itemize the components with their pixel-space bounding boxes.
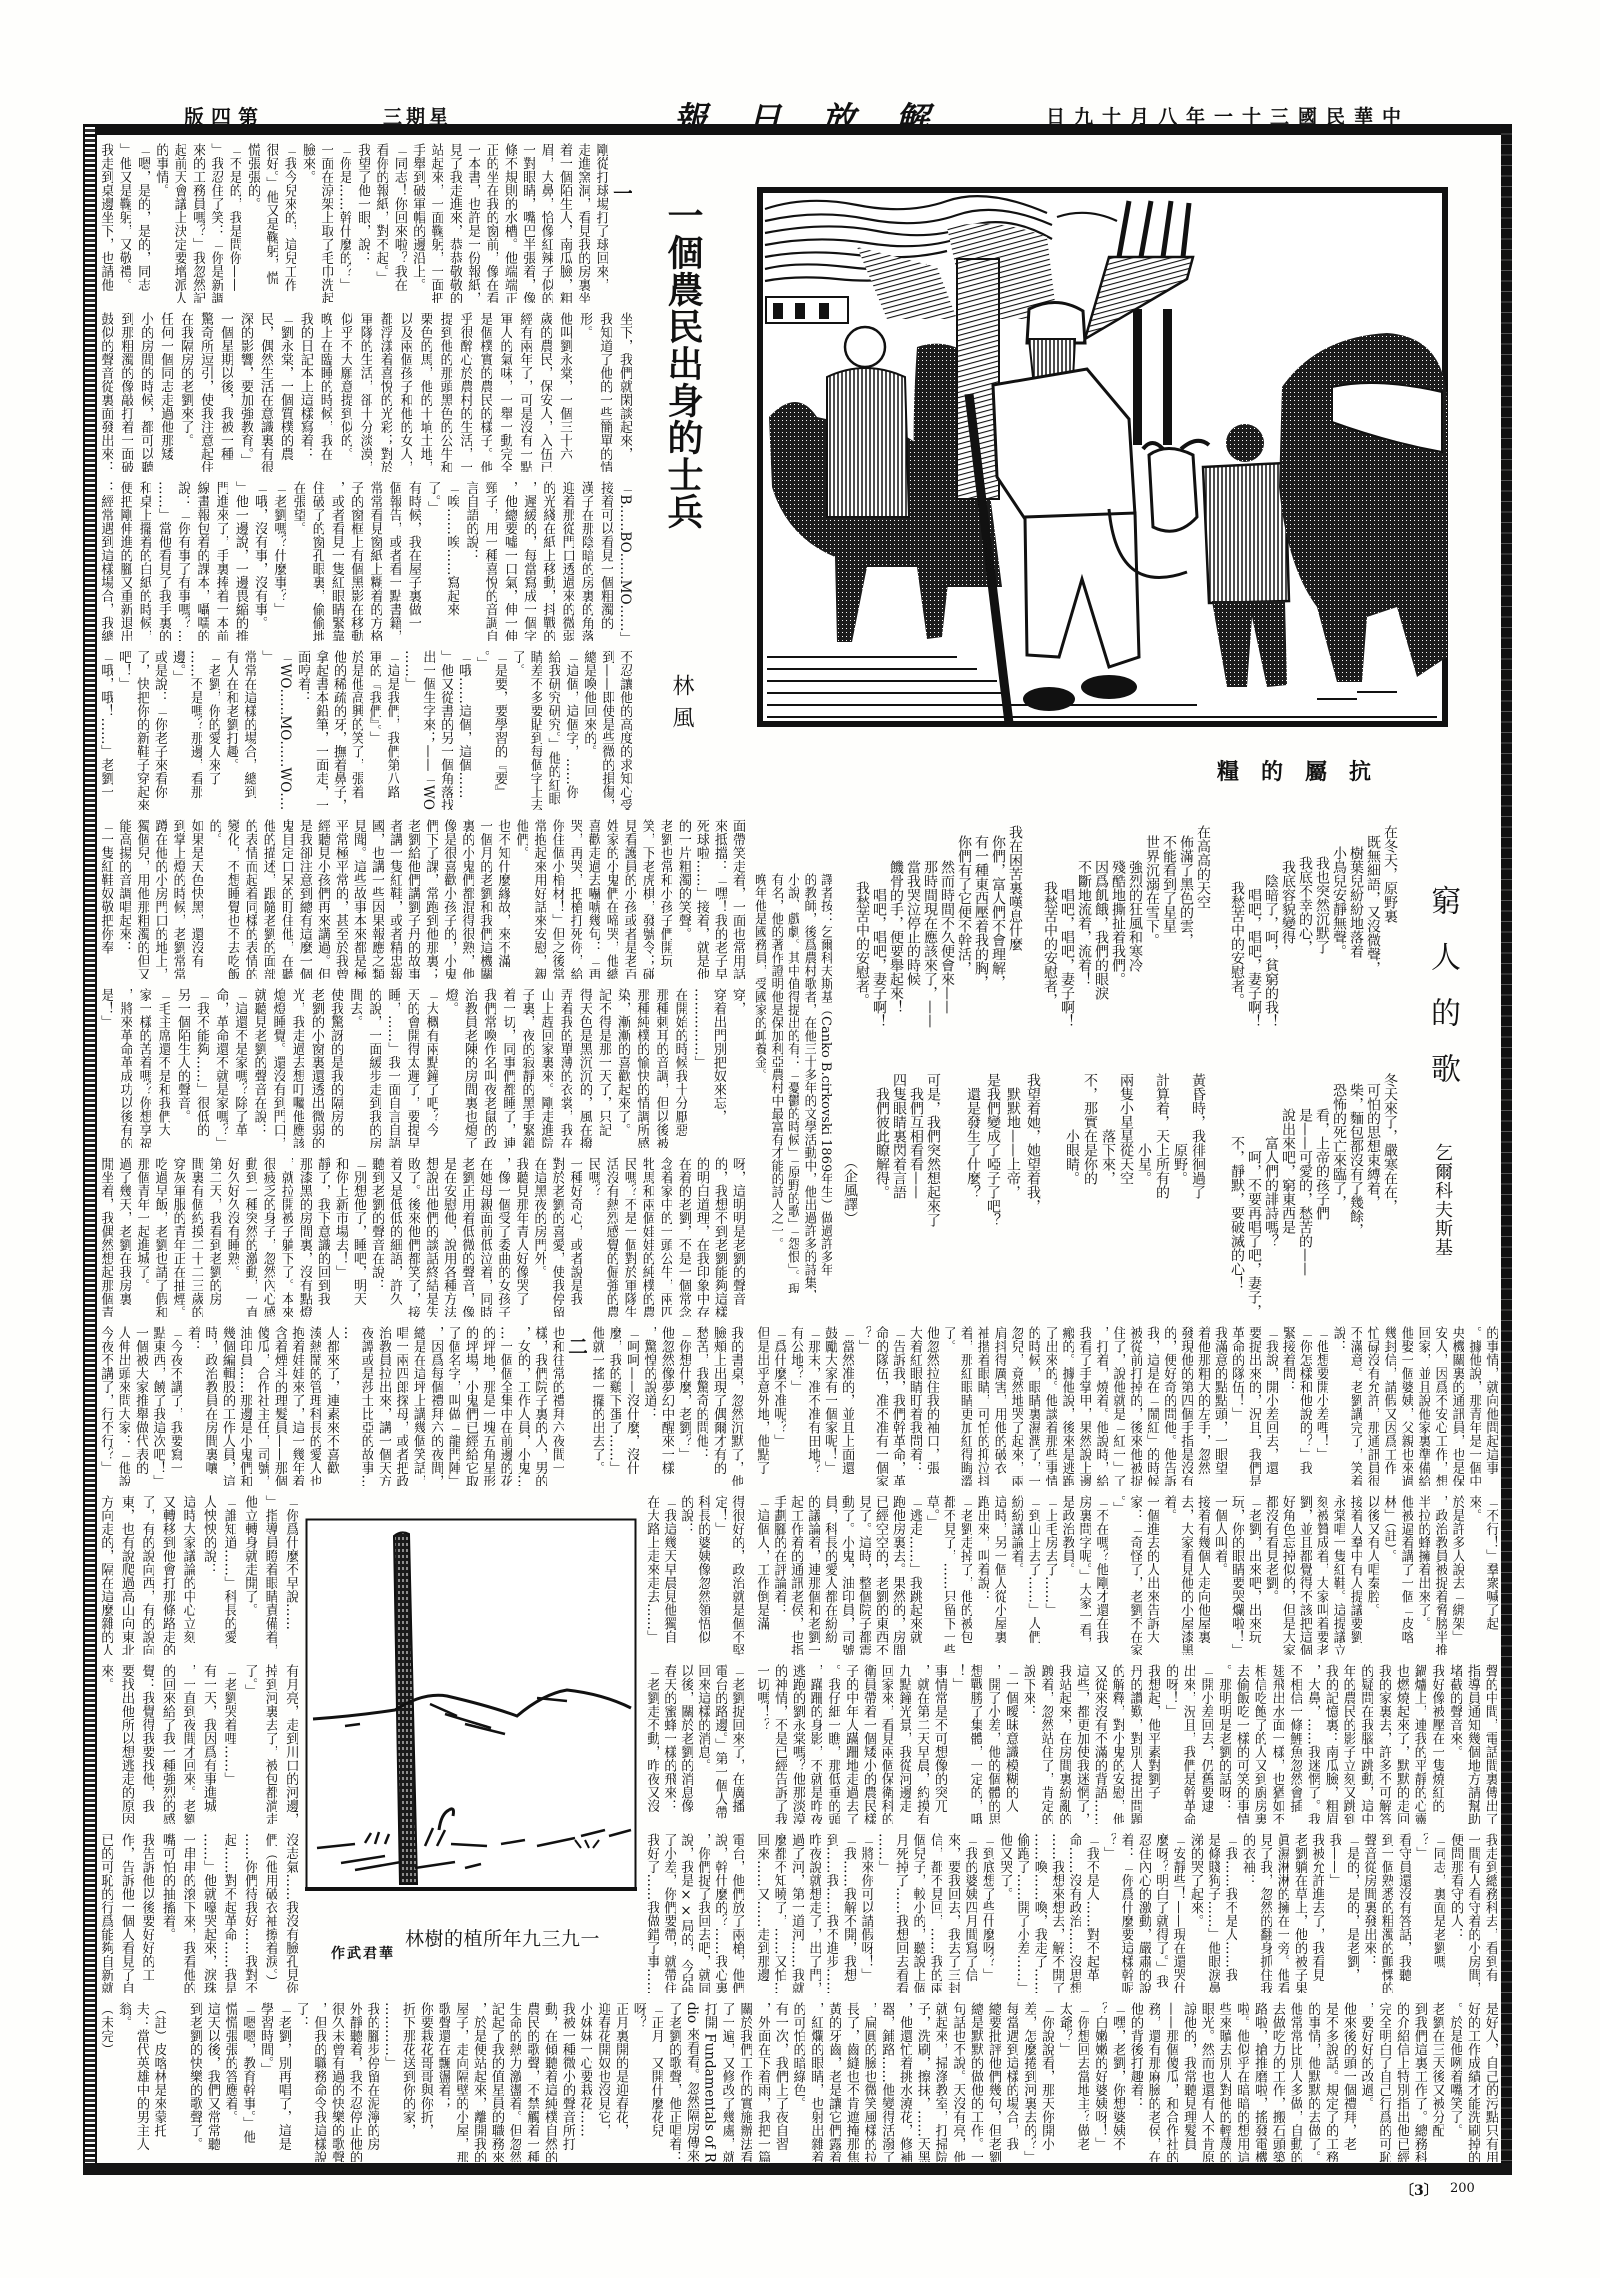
text-column: 臉頰上出現了偶爾才有的 bbox=[711, 1326, 726, 1475]
text-column: 我好了……我做錯了事…… bbox=[644, 1833, 659, 1993]
text-column: 跑出來，叫着說： bbox=[974, 1495, 989, 1603]
text-column: （未完） bbox=[98, 2002, 113, 2056]
text-column: 完全明白了自己行爲的可恥 bbox=[1376, 2002, 1391, 2162]
text-column: 「爲什麼不准呢？」 bbox=[771, 1326, 786, 1448]
text-column: 邊。」 bbox=[170, 650, 185, 684]
text-column: 有一次，我們上了夜自習 bbox=[773, 2002, 788, 2151]
text-column: 鼓勵大家有一個家呢！」 bbox=[822, 1326, 837, 1475]
text-column: 「你爲什麼不早說…… bbox=[283, 1495, 298, 1630]
poem-line: 在冬天，原野裏 bbox=[1383, 825, 1397, 923]
text-column: 都沒有看見老劉。 bbox=[1263, 1495, 1278, 1603]
text-column: 。」 bbox=[1110, 1495, 1125, 1515]
text-column: 」他又從書的另一個角落找 bbox=[438, 650, 453, 810]
text-column: 的議論着，連那個和老劉一 bbox=[805, 1495, 820, 1655]
poem-line: 因爲飢餓，我們的眼淚 bbox=[1094, 825, 1108, 1000]
text-column: 看你的報紙，對不起。」 bbox=[373, 143, 388, 285]
poem-line: 當我哭泣停止的時候 bbox=[906, 825, 920, 986]
text-column: 來。 bbox=[1466, 1495, 1481, 1522]
article-band-7: 呀，這明明是老劉的聲音的，我想不到老劉能夠這樣的明白道理，在我印象中存在着的老劉… bbox=[98, 1157, 745, 1317]
text-column: 是不多說話。規定了的工務 bbox=[1323, 2002, 1338, 2162]
text-column: 了： bbox=[293, 2002, 308, 2029]
tree-illustration bbox=[305, 1518, 637, 1891]
text-column: 接着可以看見一個粗濁的 bbox=[598, 481, 613, 630]
poem-line: 是我們變成了啞子了吧？ bbox=[986, 1073, 1000, 1227]
text-column: 跑他房裏去。果然的，房間 bbox=[890, 1495, 905, 1655]
text-column: 幾封信，請假又因爲工作 bbox=[1381, 1326, 1396, 1475]
poem-line: 計算着，天上所有的 bbox=[1155, 1073, 1169, 1199]
text-column: 「這還不是家嗎？除了革 bbox=[232, 988, 247, 1137]
text-column: 就聽見老劉的聲音在說： bbox=[251, 988, 266, 1137]
translator-note: 譯者按：乞爾科夫斯基（Canko B.cirkovski 1869年生）做過許多… bbox=[752, 873, 832, 1293]
text-column: 「這是我們，我們第八路 bbox=[384, 650, 399, 799]
text-column: 條不規則的水槽。他端端正 bbox=[502, 143, 517, 303]
text-column: 老劉躺在草上，他的被子果 bbox=[1292, 1833, 1307, 1993]
text-column: 」指導員瞪着眼睛責備着， bbox=[262, 1495, 277, 1655]
text-column: 你要栽花哥哥與你折， bbox=[418, 2002, 433, 2137]
text-column: 國，也講一些因果報應之類的 bbox=[369, 819, 384, 979]
text-column: ……我想來想去，解不開了 bbox=[1049, 1833, 1064, 1993]
text-column: 回來……又……走到那邊 bbox=[754, 1833, 769, 1982]
text-column: 提到他的那頭黑色的公牛和 bbox=[437, 312, 452, 472]
text-column: 在着的老劉，不是一個常念 bbox=[676, 1157, 691, 1317]
poem-stanza-4: 冬天來了，嚴寒在在，可怕的思想束縛着，柴，麵包都沒有了幾餘，恐怖的死亡來臨了，看… bbox=[1230, 1073, 1397, 1318]
text-column: 「老劉，別再唱了，這是 bbox=[276, 2002, 291, 2151]
text-column: 驚奇所逗引，使我注意起住 bbox=[198, 312, 213, 472]
text-column: 。」 bbox=[474, 650, 489, 670]
text-column: 「我不是人……對不起革 bbox=[1084, 1833, 1099, 1982]
text-column: 「老劉，出來吧，出來玩 bbox=[1246, 1495, 1261, 1644]
text-column: 我走到桌邊坐下，也請他 bbox=[98, 143, 113, 292]
text-column: 夜譚或是莎士比亞的故事… bbox=[358, 1326, 373, 1486]
text-column: 「嗯，是的，是的，同志 bbox=[135, 143, 150, 292]
text-column: 革命的隊伍！」 bbox=[1229, 1326, 1244, 1421]
text-column: 的疑問在我腦中跳動，這中 bbox=[1358, 1664, 1373, 1824]
article-band-11-right: 我走到總務科去，看到有一間有人看守着的小房間，便問那看守的人：「同志，裏面是老劉… bbox=[754, 1833, 1498, 1993]
text-column: 是個樸實的農民的樣子。他似 bbox=[477, 312, 492, 472]
text-column: 睛差不多要貼到每個字上去 bbox=[527, 650, 542, 810]
text-column: 了。 bbox=[940, 1326, 955, 1353]
top-rule bbox=[83, 124, 1512, 135]
text-column: 人伸出頭來問大家：「他說 bbox=[115, 1326, 130, 1486]
text-column: 動，在傾聽着這純樸自然的 bbox=[542, 2002, 557, 2162]
text-column: 在開始的時候我十分厭惡 bbox=[672, 988, 687, 1137]
text-column: ，遲緩的，每當寫成一個字 bbox=[521, 481, 536, 641]
text-column: 肩抖得厲害，用他的破衣 bbox=[991, 1326, 1006, 1475]
text-column: 着他那粗大的左手，忽然 bbox=[1195, 1326, 1210, 1475]
text-column: 的光綫在紙上移動，抖戰的 bbox=[540, 481, 555, 641]
article-band-9-mid: 得很好的，政治就是個不堅定！」科長的婆姨像忽然領悟似的說：「我這幾天早晨見他獨自… bbox=[644, 1495, 744, 1655]
text-column: 子的中年人蹣跚地走過去了 bbox=[843, 1664, 858, 1824]
poem-line: 我們互相看看—— bbox=[909, 1073, 923, 1199]
text-column: 」他一邊說，一邊畏縮的推 bbox=[233, 481, 248, 641]
text-column: 正的坐在我的窗前，像在看 bbox=[483, 143, 498, 303]
text-column: 「我說，開小差回去，還 bbox=[1263, 1326, 1278, 1475]
text-column: 臉來。 bbox=[300, 143, 315, 184]
text-column: 科長的婆姨像忽然領悟似 bbox=[695, 1495, 710, 1644]
text-column: 他忽然像夢幻中醒來一樣 bbox=[659, 1326, 674, 1475]
page-marker: 〔3〕 bbox=[1400, 2180, 1438, 2200]
text-column: 起前天會議上決定要增派人 bbox=[171, 143, 186, 303]
text-column: 一對眼睛，嘴巴半張着，像 bbox=[520, 143, 535, 303]
text-column: 今夜不講了，行不行？」 bbox=[98, 1326, 113, 1475]
text-column: （註）皮喀林是來蒙托 bbox=[151, 2002, 166, 2137]
text-column: 的明白道理，在我印象中存 bbox=[694, 1157, 709, 1317]
text-column: 「唉……唉……寫起來 bbox=[444, 481, 459, 616]
text-column: 「你是……幹什麼的？」 bbox=[336, 143, 351, 292]
text-column: 定！」 bbox=[712, 1495, 727, 1536]
text-column: 的一片粗濁的笑聲。 bbox=[676, 819, 691, 941]
text-column: 劉，並且都覺得不該把這個 bbox=[1297, 1495, 1312, 1655]
text-column: ，你們捉了我回去吧，就同 bbox=[695, 1833, 710, 1993]
text-column: 到……我……我不進步…… bbox=[823, 1833, 838, 1993]
text-column: 間去。 bbox=[347, 988, 362, 1029]
text-column: ？」 bbox=[856, 1326, 871, 1353]
text-column: 玩，你的眼睛要哭爛啦！」 bbox=[1229, 1495, 1244, 1655]
poem-line: 然而時間不久便會來—— bbox=[940, 825, 954, 1014]
text-column: 「逃走……」我跳起來就 bbox=[907, 1495, 922, 1644]
text-column: 發現他的第四個手指是沒有 bbox=[1178, 1326, 1193, 1486]
text-column: 已經空空的，老劉的東西不 bbox=[873, 1495, 888, 1655]
poem-line: 小星。 bbox=[1137, 1073, 1151, 1185]
text-column: 一個被大家推舉做代表的 bbox=[133, 1326, 148, 1475]
poem-line: 我愁苦中的安慰者， bbox=[1043, 825, 1057, 1007]
text-column: 很好。」他又是鞠躬，慌 bbox=[263, 143, 278, 285]
text-column: 麼都不知曉了，……又怕…… bbox=[771, 1833, 786, 1993]
text-column: 我——」 bbox=[1326, 1833, 1341, 1887]
text-column: 接着人羣中有人提議要劉 bbox=[1347, 1495, 1362, 1644]
text-column: 人怏怏的說： bbox=[201, 1495, 216, 1576]
text-column: 眼光。然而也還有人不肯原 bbox=[1199, 2002, 1214, 2162]
text-column: 的坪場，小鬼們已經給它取 bbox=[463, 1326, 478, 1486]
text-column: 去，大家看見他的小屋漆黑 bbox=[1178, 1495, 1193, 1655]
text-column: 來抵擋：「嘿！我的老子早 bbox=[712, 819, 727, 979]
text-column: 的事情，就向他問起這事 bbox=[1483, 1326, 1498, 1475]
text-column: 以及兩個孩子和他的女人， bbox=[397, 312, 412, 472]
text-column: 。我仔細一瞧，那低垂的頭 bbox=[825, 1664, 840, 1824]
poem-line: 我愁苦中的安慰者。 bbox=[1230, 825, 1244, 1007]
text-column: 來。 bbox=[98, 1664, 113, 1691]
text-column: 慌張張的。 bbox=[245, 143, 260, 211]
text-column: 「你怎樣和他說的？」我 bbox=[1297, 1326, 1312, 1475]
text-column: 民，偶然生活在意識裏有很 bbox=[258, 312, 273, 472]
text-column: 的事情，他默默的去做了。 bbox=[1305, 2002, 1320, 2162]
text-column: 深的影響，要加強教育。」 bbox=[238, 312, 253, 467]
text-column: 的表情而起着同樣的表情的 bbox=[242, 819, 257, 979]
text-column: ……」 bbox=[875, 1833, 890, 1874]
poem-line: 不，那實在是你的 bbox=[1083, 1073, 1097, 1185]
text-column: 「老劉捉回來了，在廣播 bbox=[729, 1664, 744, 1813]
text-column: dio 來看看。忽然隔房傳來 bbox=[684, 2002, 699, 2162]
text-column: 老劉在三天後又被分配 bbox=[1429, 2002, 1444, 2137]
poem-line: 默默地——上帝， bbox=[1006, 1073, 1020, 1199]
text-column: 啦。他似乎在暗暗的想用這 bbox=[1234, 2002, 1249, 2162]
text-column: 我告訴他以後要好好的工 bbox=[139, 1833, 154, 1982]
text-column: 個兒子，較小的，聽說上個 bbox=[910, 1833, 925, 1993]
text-column: 便把剛伸進的腳又重新退出 bbox=[117, 481, 132, 641]
text-column: 長了，齒縫也不肯遮掩那焦 bbox=[844, 2002, 859, 2162]
text-column: 回家，並且說他家裏準備給 bbox=[1415, 1326, 1430, 1486]
text-column: ，開了小差，他的個體的思 bbox=[985, 1664, 1000, 1824]
text-column: 頸子，用一種喜悅的音調自 bbox=[482, 481, 497, 641]
text-column: ，就拉開被子躺下了。本來 bbox=[278, 1157, 293, 1317]
text-column: 活沒有熱烈感覺的倔強的農 bbox=[603, 1157, 618, 1317]
text-column: 的，便好奇的問他。他告訴 bbox=[1161, 1326, 1176, 1486]
text-column: 不滿意。老劉講完了，笑着 bbox=[1347, 1326, 1362, 1486]
poem-line: 呵，不要再唱了吧，妻子， bbox=[1247, 1073, 1261, 1318]
text-column: ，於是便站起來，離開我的 bbox=[471, 2002, 486, 2162]
poem-line: 柴，麵包都沒有了幾餘， bbox=[1349, 1073, 1363, 1237]
bottom-rule bbox=[83, 2163, 1512, 2175]
text-column: 翁。 bbox=[116, 2002, 131, 2029]
text-column: 了。」 bbox=[242, 1664, 257, 1698]
article-band-5: 面帶笑走着，一面也常用話來抵擋：「嘿！我的老子早死球啦……」接着，就是他的一片粗… bbox=[98, 819, 745, 979]
text-column: 「別想他了，睡吧，明天 bbox=[351, 1157, 366, 1306]
text-column: 栗色的馬，他的十垧土地， bbox=[417, 312, 432, 472]
poem-line: 強烈的狂風和寒冷 bbox=[1128, 825, 1142, 972]
poem-line: 你們有了它便不幹活， bbox=[957, 825, 971, 975]
text-column: 總是默默的做他的工作。一 bbox=[968, 2002, 983, 2162]
text-column: 是政治教員。 bbox=[1059, 1495, 1074, 1576]
text-column: 閒坐着，我偶然想起那個青年 bbox=[98, 1157, 113, 1317]
text-column: 「不行！」羣衆喊了起 bbox=[1483, 1495, 1498, 1630]
text-column: 給我研究研究。」他的紅眼 bbox=[545, 650, 560, 805]
article-band-9-left: 「你爲什麼不早說……」指導員瞪着眼睛責備着，他立轉身就走開了。「誰知道……」科長… bbox=[98, 1495, 298, 1655]
text-column: 他來後的頭一個禮拜，老 bbox=[1341, 2002, 1356, 2151]
text-column: 軍的『我們』。」 bbox=[366, 650, 381, 745]
text-column: 者講一隻紅鞋，或者精忠報 bbox=[387, 819, 402, 979]
text-column: 住破了的窗孔眼裏，偷偷地 bbox=[309, 481, 324, 641]
text-column: 動到一種突然的激動，一直 bbox=[242, 1157, 257, 1317]
text-column: 的介紹信上特別指出他已經 bbox=[1394, 2002, 1409, 2162]
text-column: 迎着那從門口透過來的微弱 bbox=[559, 481, 574, 641]
text-column: 員，科長的愛人都在紛紛 bbox=[822, 1495, 837, 1644]
text-column: 「安靜些！——現在還哭什 bbox=[1170, 1833, 1185, 1993]
text-column: 民嗎？ bbox=[585, 1157, 600, 1198]
text-column: 們（他用破衣袖擦着淚。） bbox=[262, 1833, 277, 1988]
text-column: 記不得是那一天了，只記 bbox=[596, 988, 611, 1137]
poem-line: 樹葉兒紛紛地落着 bbox=[1349, 825, 1363, 958]
text-column: 昨夜說就想走了，出了門， bbox=[806, 1833, 821, 1993]
text-column: 「WO……MO……WO…… bbox=[277, 650, 292, 810]
text-column: ？」 bbox=[1101, 1833, 1116, 1860]
woodcut-image bbox=[757, 187, 1448, 727]
text-column: 「一個曖昧意識模糊的人 bbox=[1003, 1664, 1018, 1813]
text-column: 打開 Fundamentals of Ra bbox=[702, 2002, 717, 2162]
poem-line: 冬天來了，嚴寒在在， bbox=[1383, 1073, 1397, 1213]
text-column: 歲的農民，保安人，入伍已 bbox=[537, 312, 552, 472]
text-column: 和桌上擺着的白紙的時候， bbox=[136, 481, 151, 641]
text-column: 「當然准的，並且上面還 bbox=[839, 1326, 854, 1475]
article-band-10-right: 聲的中間，電話間裏傳出了指導員通知幾個地方請幫助堵截的聲音來。我好像被壓在一隻燒… bbox=[754, 1664, 1498, 1824]
text-column: 得天色是黑沉沉的，風在撥 bbox=[577, 988, 592, 1148]
text-column: 和你上新市場去！」 bbox=[333, 1157, 348, 1279]
text-column: 我們常喚作名叫夜老鼠的政 bbox=[481, 988, 496, 1148]
text-column: 來，要我回去，我去了三封 bbox=[945, 1833, 960, 1993]
text-column: ，扁圓的臉也微笑風樣的拉 bbox=[861, 2002, 876, 2162]
text-column: 油印員……那邊是小鬼們和 bbox=[237, 1326, 252, 1486]
text-column: 我知道了他的一些簡單的情 bbox=[597, 312, 612, 472]
poem-stanza-1: 在冬天，原野裏既無細語，又沒微聲，樹葉兒紛紛地落着小鳥兒安靜無聲。我也突然沉默了… bbox=[1230, 825, 1397, 1028]
text-column: 到我們這裏工作了。總務科 bbox=[1412, 2002, 1427, 2162]
poem-line: 原野。 bbox=[1173, 1073, 1187, 1185]
text-column: 很疲乏的身子，忽然內心感 bbox=[260, 1157, 275, 1317]
text-column: 電台的路邊。」第一個人帶 bbox=[712, 1664, 727, 1819]
text-column: 忽兒，竟然地哭了起來，兩 bbox=[1008, 1326, 1023, 1486]
text-column: ，女的，工作人員，小鬼… bbox=[515, 1326, 530, 1486]
article-band-8-right: 的事情，就向他問起這事。據他說，那青年是一個中央機關裏的通訊員，也是保安人，因爲… bbox=[754, 1326, 1498, 1486]
text-column: 「大概有兩點鐘了吧？今 bbox=[423, 988, 438, 1137]
text-column: 第二天，我看到老劉的房 bbox=[206, 1157, 221, 1306]
text-column: 笑，下老虎棋，發號令；碰 bbox=[639, 819, 654, 979]
text-column: 我被允許進去了，我看見 bbox=[1309, 1833, 1324, 1982]
text-column: 。於是他咧着嘴笑了。 bbox=[1447, 2002, 1462, 2137]
text-column: 在張望。 bbox=[290, 481, 305, 535]
text-column: 剛從打球場打了球回來， bbox=[593, 143, 608, 292]
text-column: 民嗎？不是一個對於軍隊生 bbox=[621, 1157, 636, 1317]
text-column: 事情常是不可想像的突兀 bbox=[932, 1664, 947, 1813]
text-column: 「正月 又開什麼花兒 bbox=[648, 2002, 663, 2137]
text-column: 回來這樣的消息。 bbox=[695, 1664, 710, 1772]
text-column: 一個人叫着。 bbox=[1212, 1495, 1227, 1576]
text-column: 眞濕淋淋的擁在一旁。他看 bbox=[1274, 1833, 1289, 1993]
text-column: 相信吃飽了的人又到廚房裏 bbox=[1251, 1664, 1266, 1824]
text-column: 了出來的。他談着那些事情 bbox=[1042, 1326, 1057, 1486]
text-column: 着。 bbox=[1161, 1495, 1176, 1522]
text-column: 像是很喜歡小孩子的，小鬼 bbox=[441, 819, 456, 979]
text-column: 那種純樸的愉快的情調所感 bbox=[634, 988, 649, 1148]
text-column: 「不是的，我是問你—— bbox=[226, 143, 241, 292]
text-column: 指導員通知幾個地方請幫助 bbox=[1465, 1664, 1480, 1824]
text-column: 命的隊伍，准不准有一個家 bbox=[873, 1326, 888, 1486]
text-column: 家一樣的苦着嗎？你想享福 bbox=[136, 988, 151, 1148]
text-column: 一串串的滾下來，我看他的 bbox=[180, 1833, 195, 1993]
text-column: 到那粗濁的像敲打着一面破 bbox=[118, 312, 133, 472]
text-column: 一種好奇心，或者說是我 bbox=[567, 1157, 582, 1306]
text-column: 起工作着的通訊老侯，也指 bbox=[788, 1495, 803, 1655]
text-column: ，政治教員被捉着脅膀半推 bbox=[1432, 1495, 1447, 1655]
poem-line: 我們彼此瞭解得。 bbox=[875, 1073, 889, 1199]
text-column: 吃過早飯，老劉也請了假和 bbox=[152, 1157, 167, 1317]
text-column: 面哼着： bbox=[295, 650, 310, 704]
text-column: 站起來，一面鞠躬，一面把 bbox=[428, 143, 443, 303]
text-column: 見了我，忽然的翻身抓住我 bbox=[1257, 1833, 1272, 1993]
text-column: 說，我是××局的，今兒開 bbox=[678, 1833, 693, 1993]
text-column: 裏的小鬼們都混得很熟，他 bbox=[459, 819, 474, 979]
text-column: 掉到河裏去了，被包都淌走 bbox=[262, 1664, 277, 1824]
text-column: 「我這幾天早晨見他獨自 bbox=[661, 1495, 676, 1644]
text-column: 「我今兒來的，這兒工作 bbox=[281, 143, 296, 292]
text-column: 「我不能夠……」很低的 bbox=[194, 988, 209, 1137]
article-band-11-mid: 電台，他們放了兩槍，他們說，幹什麼的？……我心裏想，你們捉了我回去吧，就同說，我… bbox=[644, 1833, 744, 1993]
text-column: 有一天，我因爲有事進城 bbox=[201, 1664, 216, 1813]
text-column: 了，快把你的新鞋子穿起來 bbox=[134, 650, 149, 810]
poem-line: 不斷地流着，流着！ bbox=[1077, 825, 1091, 986]
text-column: ？白嫩嫩的好婆姨呀！」 bbox=[1092, 2002, 1107, 2151]
text-column: 軍人的氣味，一舉一動完全 bbox=[497, 312, 512, 472]
poem-line: 佈滿了黑色的雲， bbox=[1179, 825, 1193, 947]
poem-line: 唱吧，唱吧，妻子啊！ bbox=[1060, 825, 1074, 1028]
text-column: 了，有的說向西，有的說向 bbox=[139, 1495, 154, 1655]
poem-title: 窮人的歌 bbox=[1427, 885, 1457, 1109]
poem-line: 說出來吧，窮東西是 bbox=[1281, 1073, 1295, 1234]
text-column: 些來贖去別人對他的輕蔑的 bbox=[1216, 2002, 1231, 2162]
text-column: 他常常比別人多做，自動的 bbox=[1287, 2002, 1302, 2162]
text-column: 屋子，走向隔壁的小屋，那 bbox=[453, 2002, 468, 2162]
text-column: 這天以後，我們又常常聽 bbox=[205, 2002, 220, 2151]
text-column: 在她母親面前低泣着，同時 bbox=[477, 1157, 492, 1317]
text-column: 覺：我覺得我要找他，我 bbox=[139, 1664, 154, 1813]
text-column: 湊熱鬧的管理科長的愛人也 bbox=[306, 1326, 321, 1486]
text-column: 這時，另一個人從小屋裏 bbox=[991, 1495, 1006, 1644]
text-column: 的。 bbox=[206, 819, 221, 846]
text-column: 那漆黑的房間裏，沒有點燈 bbox=[297, 1157, 312, 1317]
text-column: 的神情，不是已經告訴了我 bbox=[772, 1664, 787, 1824]
text-column: 門進來了，手裏捧着一本前 bbox=[213, 481, 228, 641]
text-column: 房裏問字呢。」大家一看， bbox=[1076, 1495, 1091, 1650]
text-column: ！」 bbox=[949, 1664, 964, 1691]
text-column: 的衣袖： bbox=[1240, 1833, 1255, 1887]
text-column: 接着有幾個人走向他屋裏 bbox=[1195, 1495, 1210, 1644]
text-column: 回家來，看見兩個保衛科的警 bbox=[878, 1664, 893, 1824]
text-column: 也不知什麼緣故，來不滿 bbox=[495, 819, 510, 968]
text-column: 「是的，是的，是老劉， bbox=[1344, 1833, 1359, 1982]
poem-line: 還是發生了什麼？ bbox=[966, 1073, 980, 1199]
text-column: 好久好久沒有睡熟。 bbox=[224, 1157, 239, 1279]
translator-credit: （企風譯） bbox=[843, 1155, 857, 1225]
text-column: 「你想回去當地主？做老 bbox=[1074, 2002, 1089, 2151]
newspaper-page: 第四版 星期三 解放日報 中華民國三十一年八月十九日 一個農民出身的士兵 林風 … bbox=[0, 0, 1600, 2278]
text-column: 的事情。 bbox=[153, 143, 168, 197]
text-column: 「我的婆姨四月間寫了信 bbox=[962, 1833, 977, 1982]
poem-line: 恐怖的死亡來臨了， bbox=[1332, 1073, 1346, 1209]
text-column: 你住個小棺材！」但之後常 bbox=[549, 819, 564, 979]
text-column: 來的工務員嗎？」我忽然記 bbox=[190, 143, 205, 303]
text-column: ，他總要噓一口氣，伸一伸 bbox=[502, 481, 517, 641]
text-column: 手舉到破軍帽的邊沿上。 bbox=[410, 143, 425, 292]
text-column: …一個個全集中在前邊的花圃 bbox=[497, 1326, 512, 1486]
text-column: 一面在涼架上取了毛巾洗起 bbox=[318, 143, 333, 303]
poem-line: 那時間現在應該來了，—— bbox=[923, 825, 937, 1028]
page-number: 200 bbox=[1450, 2181, 1475, 2196]
text-column: 央機關裏的通訊員，也是保 bbox=[1449, 1326, 1464, 1486]
text-column: ，像一個受了委曲的女孩子 bbox=[495, 1157, 510, 1317]
text-column: 有時候，我在屋子裏做一 bbox=[406, 481, 421, 630]
text-column: 子裏，夜的寂靜的黑手緊鎖 bbox=[519, 988, 534, 1148]
poem-line: 四隻眼睛裏閃着言語 bbox=[892, 1073, 906, 1199]
text-column: 我的腳步停留在泥濘的房 bbox=[364, 2002, 379, 2151]
text-column: 人都來了，連素來不喜歡 bbox=[324, 1326, 339, 1475]
text-column: 沒志氣……我沒有臉孔見你 bbox=[283, 1833, 298, 1993]
text-column: 袖揩着眼睛，可怕的抑泣抖 bbox=[974, 1326, 989, 1486]
text-column: 路啦，搶推磨啦，搖發電機 bbox=[1252, 2002, 1267, 2162]
poem-line: 黃昏時，我徘徊過了 bbox=[1191, 1073, 1205, 1199]
text-column: 春天的蜜蜂一樣的飛來： bbox=[661, 1664, 676, 1813]
text-column: 大着紅眼睛盯着我問着： bbox=[907, 1326, 922, 1475]
text-column: 老劉正用着低微的聲音，像 bbox=[459, 1157, 474, 1317]
note-column: 的教師，後爲農村歌者，在他三十多年的文學活動中，他出過許多的詩集， bbox=[802, 873, 816, 1293]
text-column: 我好像被壓在一隻燒紅的 bbox=[1429, 1664, 1444, 1813]
text-column: 「到山上去了……」人們 bbox=[1025, 1495, 1040, 1644]
text-column: 是！」 bbox=[98, 988, 113, 1029]
poem-line: 小鳥兒安靜無聲。 bbox=[1332, 825, 1346, 958]
text-column: 有月亮，走到川口的河邊， bbox=[283, 1664, 298, 1824]
text-column: 老劉給他們講劉子丹的故事，或 bbox=[405, 819, 420, 979]
text-column: 着： bbox=[185, 1326, 200, 1353]
text-column: 「我……我解不開，我想 bbox=[841, 1833, 856, 1982]
text-column: 看守員還沒有答話，我聽 bbox=[1396, 1833, 1411, 1982]
text-column: 句話也不說。天沒有亮，他 bbox=[950, 2002, 965, 2162]
text-column: 經聽見小孩們再來講過。但 bbox=[315, 819, 330, 979]
